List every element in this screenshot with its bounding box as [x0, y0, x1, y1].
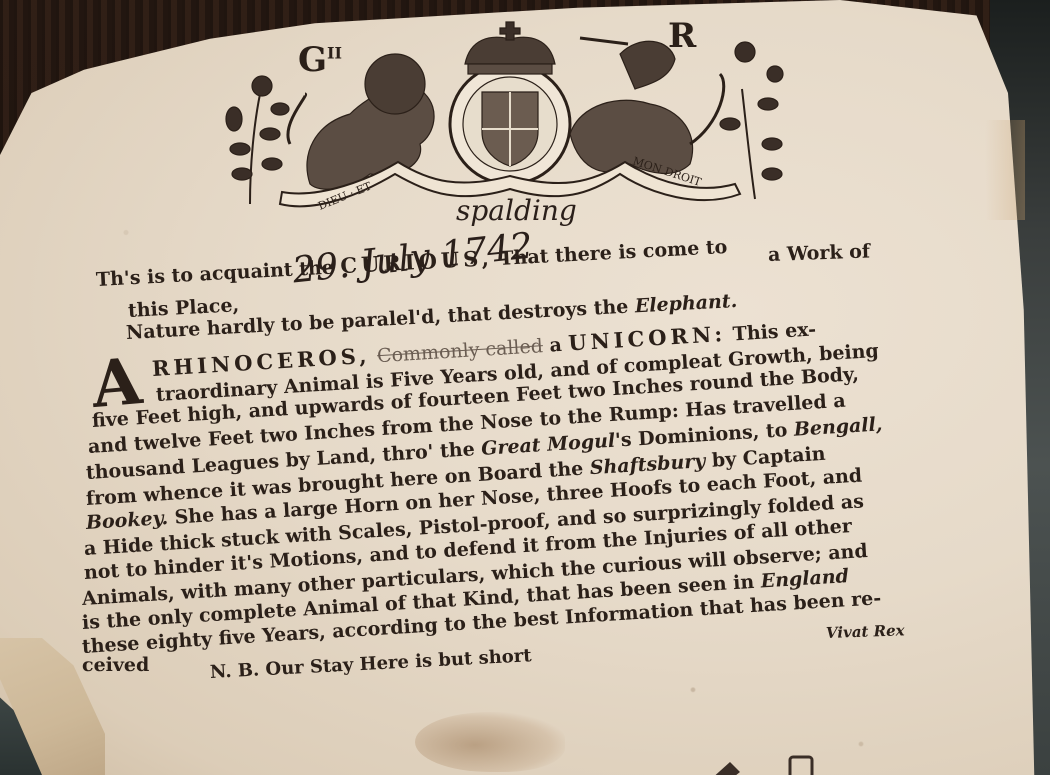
right-rose-thistle-icon — [720, 42, 783, 199]
handwritten-place: spalding — [456, 194, 577, 227]
royal-coat-of-arms: GII R — [220, 14, 800, 224]
vivat-rex-signoff: Vivat Rex — [826, 621, 905, 642]
intro-line-2-suffix: a Work of — [768, 240, 871, 266]
body-line-13: ceived — [82, 654, 149, 676]
left-rose-thistle-icon — [226, 76, 289, 204]
bottom-woodcut-fragment-icon — [690, 752, 890, 775]
unicorn-icon — [570, 38, 724, 173]
shield-icon — [450, 64, 570, 184]
paper-stain-right — [985, 120, 1025, 220]
paper-stain-bottom — [415, 712, 565, 772]
coat-of-arms-engraving-icon: DIEU · ET MON DROIT — [220, 14, 800, 224]
crown-icon — [465, 22, 555, 74]
